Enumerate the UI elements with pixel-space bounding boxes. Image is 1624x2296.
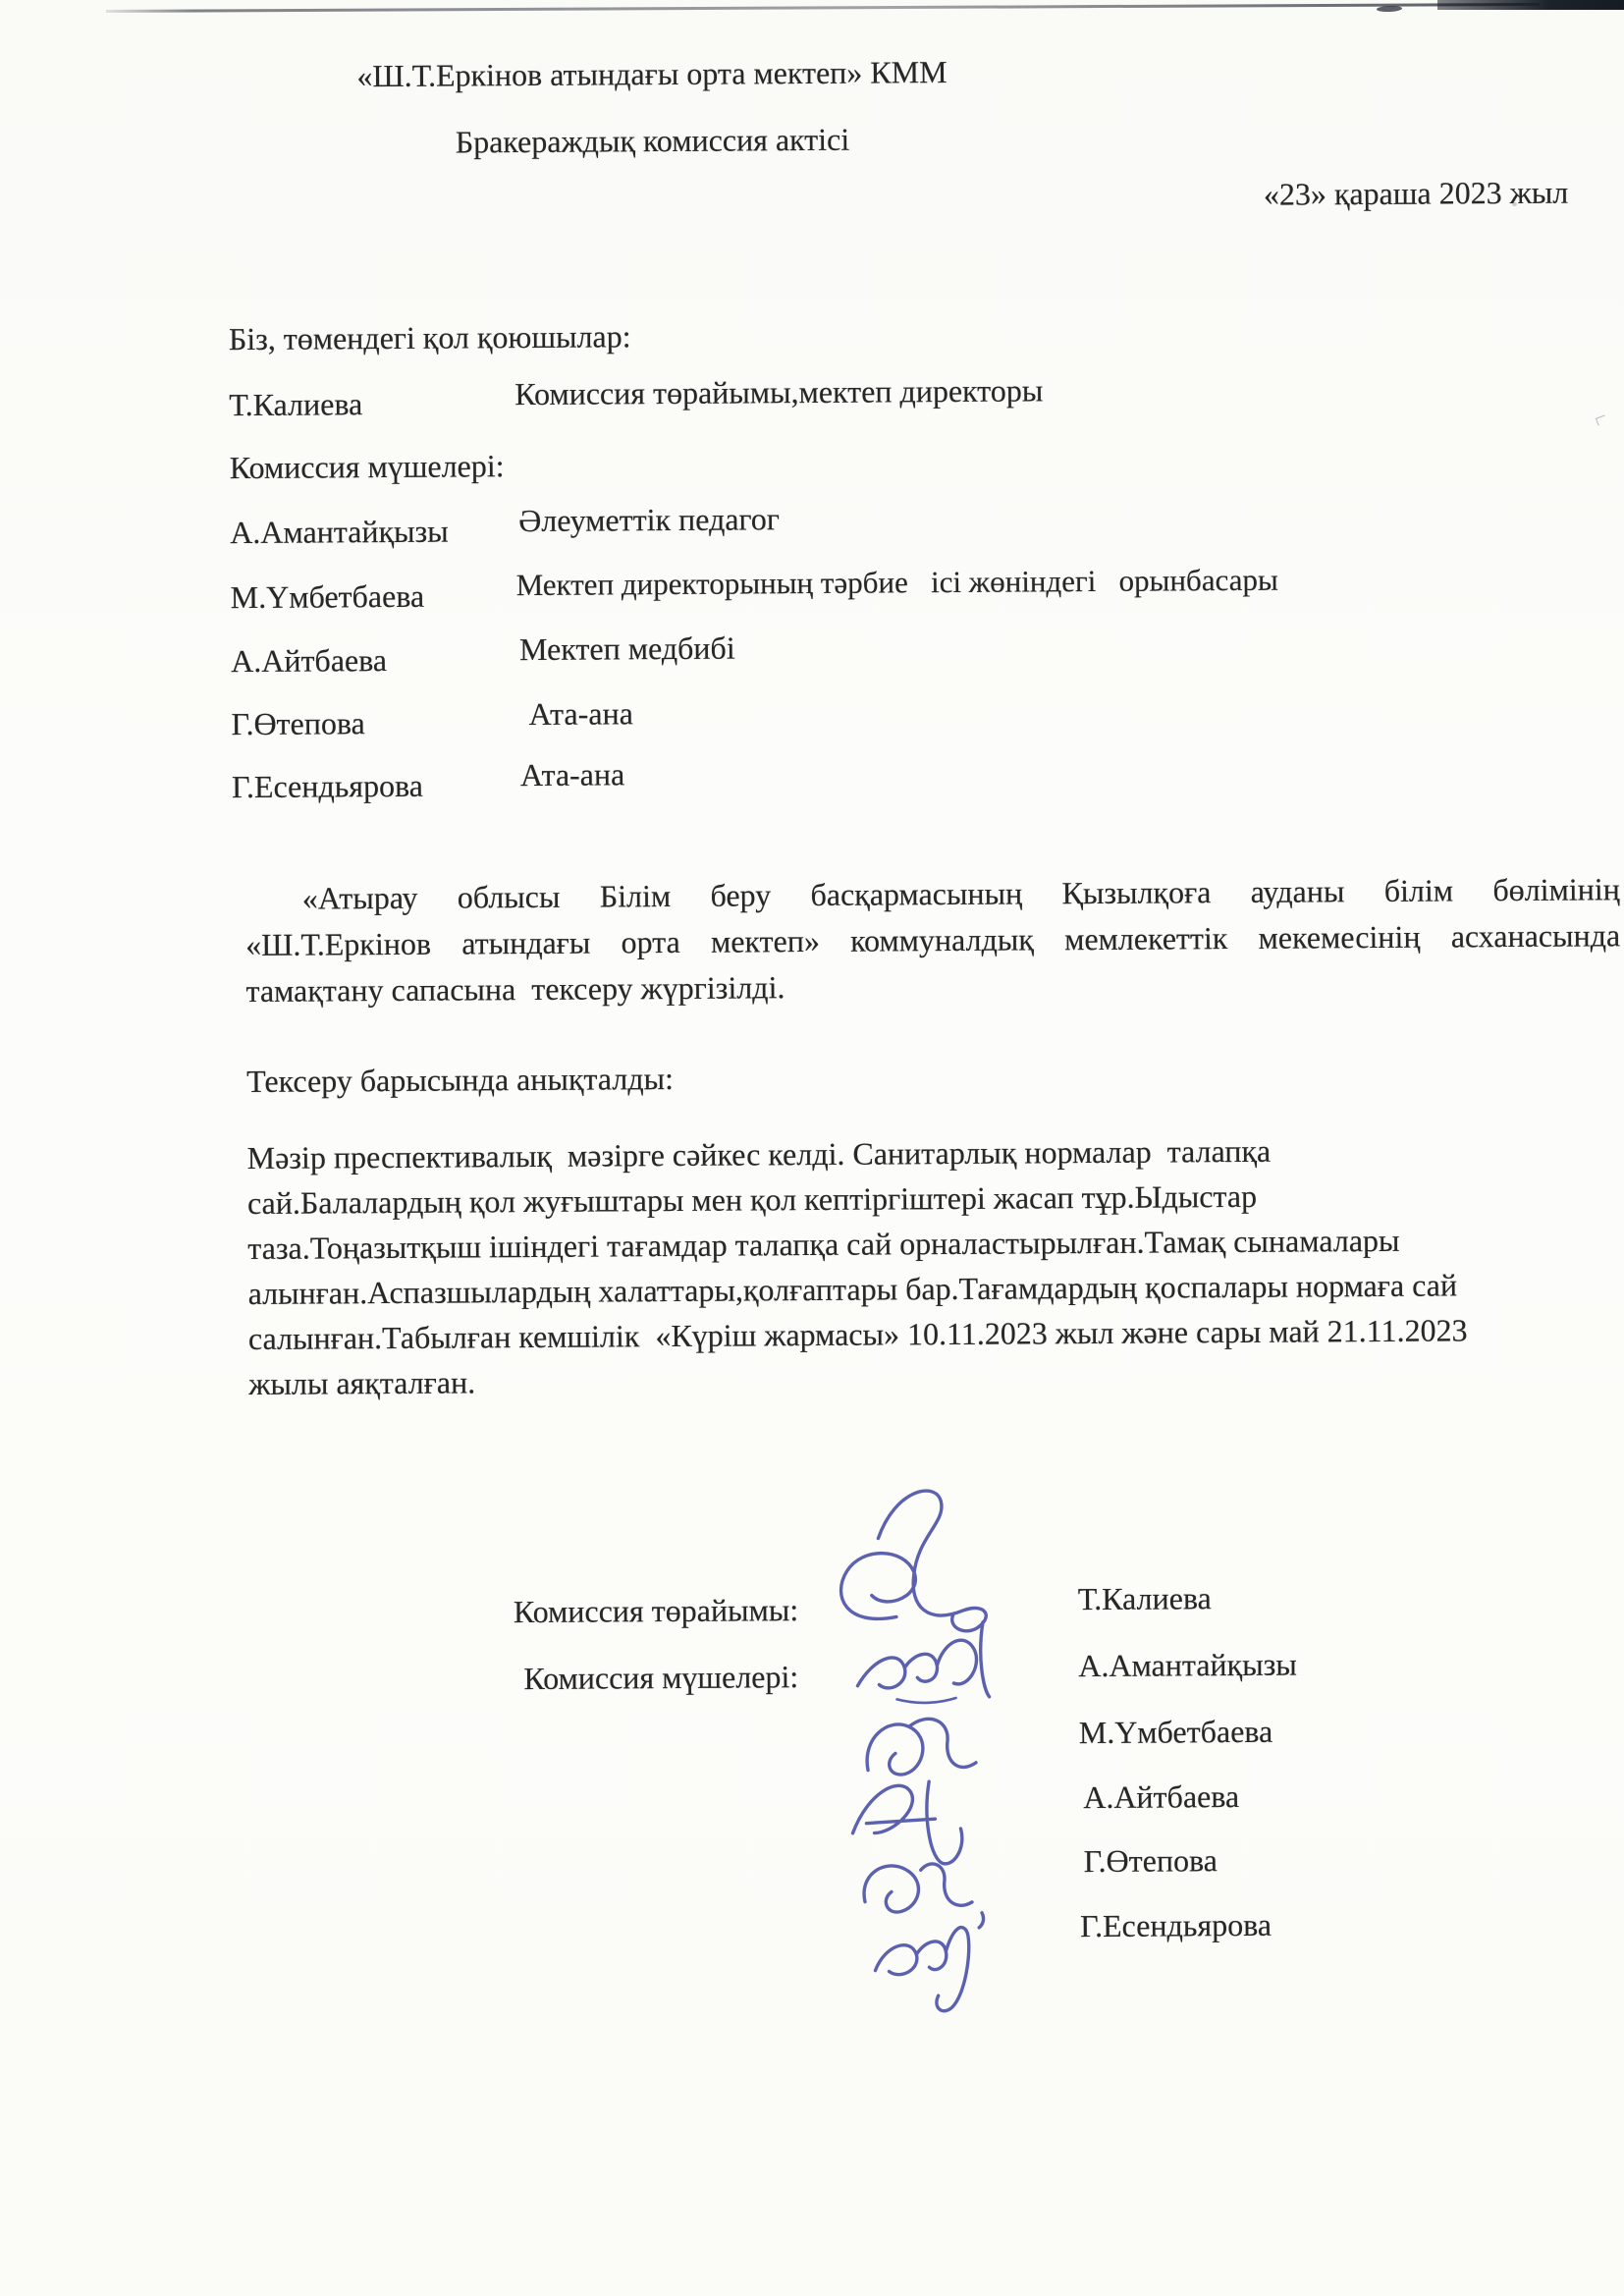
signature-member-ink: [864, 1864, 984, 1929]
sig-name: М.Үмбетбаева: [1079, 1713, 1273, 1752]
document-content: «Ш.Т.Еркінов атындағы орта мектеп» КММ Б…: [0, 0, 1624, 2296]
findings-label: Тексеру барысында анықталды:: [246, 1060, 674, 1100]
member-name: М.Үмбетбаева: [231, 577, 425, 617]
member-role: Ата-ана: [520, 755, 625, 793]
paragraph2-line: салынған.Табылған кемшілік «Күріш жармас…: [248, 1312, 1468, 1357]
signature-member-ink: [897, 1698, 956, 1703]
paragraph2-line: жылы аяқталған.: [248, 1364, 475, 1402]
doc-date: «23» қараша 2023 жыл: [1264, 174, 1569, 214]
handwritten-signatures: [780, 1476, 1108, 2028]
sig-name: Г.Есендьярова: [1080, 1906, 1272, 1945]
scanned-document-page: «Ш.Т.Еркінов атындағы орта мектеп» КММ Б…: [0, 0, 1624, 2296]
paragraph2-line: таза.Тоңазытқыш ішіндегі тағамдар талапқ…: [247, 1223, 1399, 1267]
paragraph2-line: Мәзір преспективалық мәзірге сәйкес келд…: [247, 1133, 1272, 1176]
paragraph1-line: «Атырау облысы Білім беру басқармасының …: [245, 871, 1620, 917]
sig-chair-label: Комиссия төрайымы:: [514, 1591, 798, 1630]
chair-role: Комиссия төрайымы,мектеп директоры: [514, 371, 1043, 412]
org-title: «Ш.Т.Еркінов атындағы орта мектеп» КММ: [0, 50, 1310, 97]
signature-chair-ink: [840, 1491, 987, 1632]
sig-members-label: Комиссия мүшелері:: [523, 1658, 798, 1697]
member-name: А.Айтбаева: [231, 641, 387, 680]
chair-name: Т.Калиева: [229, 385, 362, 423]
signatories-intro: Біз, төмендегі қол қоюшылар:: [229, 317, 631, 357]
doc-title: Бракераждық комиссия актісі: [0, 117, 1311, 164]
paragraph1-line: «Ш.Т.Еркінов атындағы орта мектеп» комму…: [245, 917, 1620, 963]
paragraph1-line: тамақтану сапасына тексеру жүргізілді.: [245, 969, 785, 1010]
paragraph2-line: сай.Балалардың қол жуғыштары мен қол кеп…: [247, 1178, 1257, 1222]
member-role: Мектеп медбибі: [519, 629, 735, 669]
member-role: Ата-ана: [528, 694, 633, 733]
signature-member-ink: [875, 1928, 969, 2012]
member-name: Г.Есендьярова: [232, 767, 423, 806]
member-name: А.Амантайқызы: [230, 513, 449, 552]
signature-member-ink: [852, 1781, 962, 1865]
member-role: Мектеп директорының тәрбие ісі жөніндегі…: [515, 562, 1277, 604]
member-name: Г.Өтепова: [231, 704, 364, 742]
paragraph2-line: алынған.Аспазшылардың халаттары,қолғапта…: [248, 1267, 1458, 1312]
sig-name: А.Амантайқызы: [1078, 1646, 1297, 1685]
member-role: Әлеуметтік педагог: [518, 500, 780, 539]
signature-member-ink: [867, 1719, 976, 1775]
signature-member-ink: [857, 1622, 990, 1698]
members-label: Комиссия мүшелері:: [230, 447, 505, 486]
sig-name: А.Айтбаева: [1083, 1777, 1239, 1816]
